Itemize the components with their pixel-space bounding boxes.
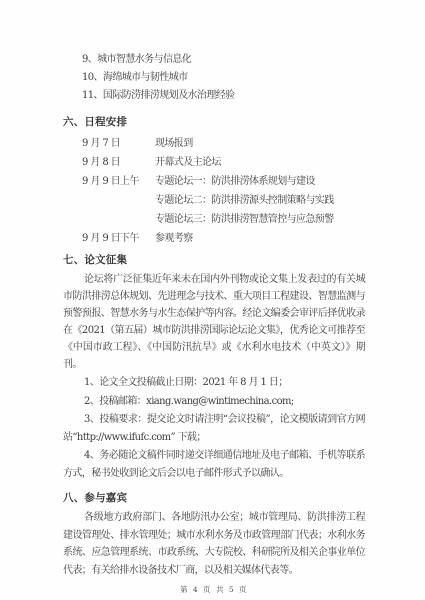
schedule-row: 9 月 7 日 现场报到 <box>82 134 365 153</box>
schedule-event: 现场报到 <box>155 134 365 153</box>
page-number: 第 4 页 共 5 页 <box>63 584 365 595</box>
schedule-event: 参观考察 <box>155 229 365 248</box>
schedule-date <box>82 210 155 229</box>
guests-paragraph: 各级地方政府部门、各地防汛办公室；城市管理局、防洪排涝工程建设管理处、排水管理处… <box>63 509 365 579</box>
schedule-date: 9 月 7 日 <box>82 134 155 153</box>
schedule-table: 9 月 7 日 现场报到 9 月 8 日 开幕式及主论坛 9 月 9 日上午 专… <box>82 134 365 248</box>
papers-item: 1、论文全文投稿截止日期：2021 年 8 月 1 日； <box>63 374 365 392</box>
schedule-row: 专题论坛二：防洪排涝源头控制策略与实践 <box>82 191 365 210</box>
schedule-row: 9 月 9 日下午 参观考察 <box>82 229 365 248</box>
document-page: 9、城市智慧水务与信息化10、海绵城市与韧性城市11、国际防涝排涝规划及水治理经… <box>0 0 425 600</box>
topic-list-item: 9、城市智慧水务与信息化 <box>82 51 365 69</box>
schedule-event: 专题论坛二：防洪排涝源头控制策略与实践 <box>155 191 365 210</box>
topics-list: 9、城市智慧水务与信息化10、海绵城市与韧性城市11、国际防涝排涝规划及水治理经… <box>82 51 365 105</box>
schedule-date: 9 月 9 日上午 <box>82 172 155 191</box>
schedule-event: 专题论坛一：防洪排涝体系规划与建设 <box>155 172 365 191</box>
topic-list-item: 11、国际防涝排涝规划及水治理经验 <box>82 87 365 105</box>
papers-intro-paragraph: 论坛将广泛征集近年来未在国内外刊物或论文集上发表过的有关城市防洪排涝总体规划、先… <box>63 271 365 373</box>
section-heading-schedule: 六、日程安排 <box>63 113 365 131</box>
section-heading-papers: 七、论文征集 <box>63 251 365 269</box>
schedule-date: 9 月 8 日 <box>82 153 155 172</box>
schedule-row: 9 月 8 日 开幕式及主论坛 <box>82 153 365 172</box>
schedule-event: 专题论坛三：防洪排涝智慧管控与应急预警 <box>155 210 365 229</box>
section-heading-guests: 八、参与嘉宾 <box>63 489 365 507</box>
schedule-date <box>82 191 155 210</box>
papers-item: 4、务必随论文稿件同时递交详细通信地址及电子邮箱、手机等联系方式，秘书处收到论文… <box>63 447 365 482</box>
schedule-date: 9 月 9 日下午 <box>82 229 155 248</box>
topic-list-item: 10、海绵城市与韧性城市 <box>82 69 365 87</box>
schedule-event: 开幕式及主论坛 <box>155 153 365 172</box>
schedule-row: 9 月 9 日上午 专题论坛一：防洪排涝体系规划与建设 <box>82 172 365 191</box>
papers-item: 3、投稿要求：提交论文时请注明“会议投稿”，论文模版请到官方网站“http://… <box>63 411 365 446</box>
papers-item: 2、投稿邮箱：xiang.wang@wintimechina.com; <box>63 393 365 411</box>
papers-items: 1、论文全文投稿截止日期：2021 年 8 月 1 日；2、投稿邮箱：xiang… <box>63 374 365 482</box>
schedule-row: 专题论坛三：防洪排涝智慧管控与应急预警 <box>82 210 365 229</box>
